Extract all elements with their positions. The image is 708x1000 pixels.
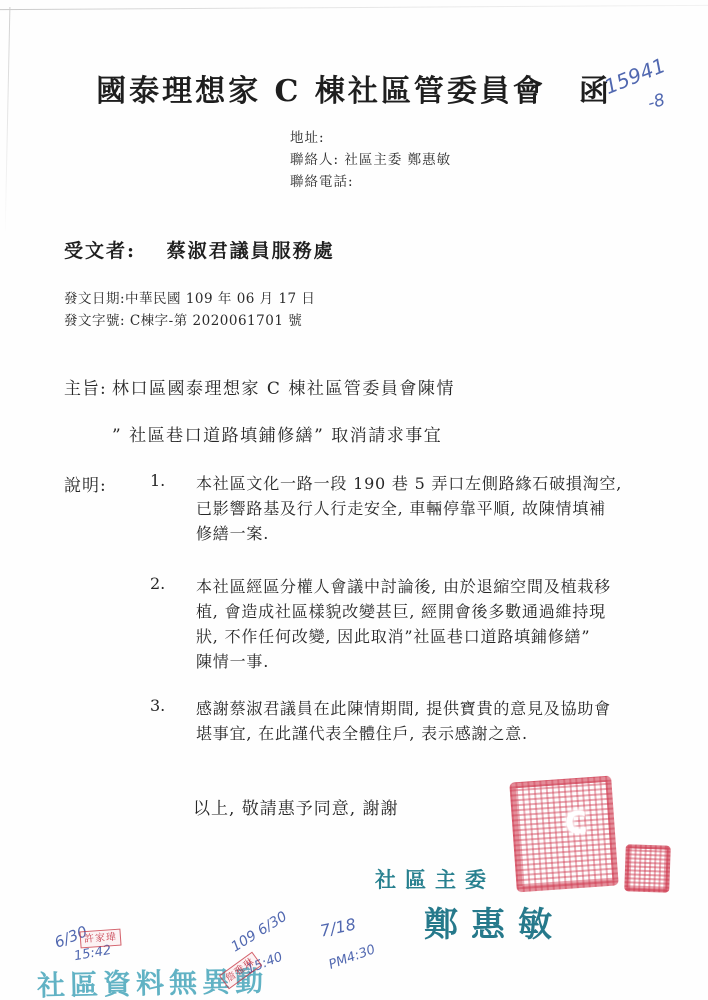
issue-date-line: 發文日期:中華民國 109 年 06 月 17 日 [64, 288, 315, 310]
scan-edge-line [0, 5, 708, 10]
recipient-row: 受文者: 蔡淑君議員服務處 [64, 236, 335, 263]
explanation-item-number: 3. [150, 696, 165, 715]
scanned-letter-page: 國泰理想家 C 棟社區管委員會 函 15941 -8 地址: 聯絡人: 社區主委… [0, 0, 708, 1000]
recipient-label: 受文者: [64, 240, 136, 262]
doc-number-line: 發文字號: C棟字-第 2020061701 號 [64, 310, 315, 332]
explanation-label: 說明: [64, 471, 107, 496]
subject-line-1: 林口區國泰理想家 C 棟社區管委員會陳情 [112, 374, 455, 399]
subject-label: 主旨: [64, 374, 107, 399]
chairperson-seal-stamp [624, 844, 671, 893]
document-meta-block: 發文日期:中華民國 109 年 06 月 17 日 發文字號: C棟字-第 20… [64, 288, 315, 332]
address-line: 地址: [290, 127, 451, 149]
scan-edge-line-left [5, 7, 11, 237]
recipient-name: 蔡淑君議員服務處 [167, 240, 335, 262]
explanation-item-text: 感謝蔡淑君議員在此陳情期間, 提供寶貴的意見及協助會 堪事宜, 在此謹代表全體住… [196, 696, 676, 746]
signature-title: 社區主委 [375, 864, 495, 894]
explanation-item-number: 1. [150, 471, 165, 490]
handwritten-date-right: 7/18 [318, 914, 357, 940]
handwritten-time-right: PM4:30 [327, 942, 377, 973]
explanation-item-text: 本社區經區分權人會議中討論後, 由於退縮空間及植栽移 植, 會造成社區樣貌改變甚… [196, 574, 676, 674]
seal-letter-c: C [564, 805, 588, 841]
document-title: 國泰理想家 C 棟社區管委員會 函 [0, 66, 708, 110]
name-stamp-left: 許家瑋 [79, 929, 121, 949]
signature-name: 鄭惠敏 [424, 897, 565, 946]
explanation-item-number: 2. [150, 574, 165, 593]
contact-person-line: 聯絡人: 社區主委 鄭惠敏 [290, 149, 451, 171]
contact-phone-line: 聯絡電話: [290, 171, 451, 193]
explanation-item-text: 本社區文化一路一段 190 巷 5 弄口左側路緣石破損淘空, 已影響路基及行人行… [196, 471, 676, 546]
handwritten-date-middle: 109 6/30 [229, 909, 291, 956]
committee-seal-stamp: C [509, 776, 618, 893]
closing-line: 以上, 敬請惠予同意, 謝謝 [193, 794, 399, 819]
sender-contact-block: 地址: 聯絡人: 社區主委 鄭惠敏 聯絡電話: [290, 127, 451, 193]
subject-line-2: ” 社區巷口道路填鋪修繕” 取消請求事宜 [112, 421, 442, 446]
